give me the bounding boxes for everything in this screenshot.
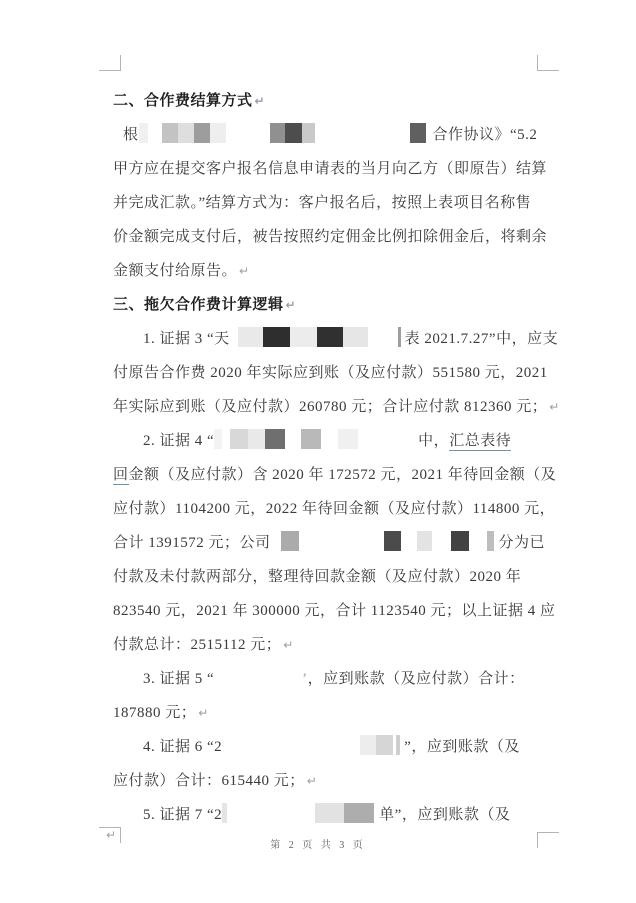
redaction-block <box>410 123 426 143</box>
text-run: 并完成汇款。”结算方式为：客户报名后，按照上表项目名称售 <box>113 195 531 211</box>
spacer <box>432 546 451 547</box>
document-line: 5. 证据 7 “2单”，应到账款（及 <box>113 798 563 832</box>
document-line: 3. 证据 5 “’，应到账款（及应付款）合计： <box>113 662 563 696</box>
document-body: 二、合作费结算方式↵根合作协议》“5.2甲方应在提交客户报名信息申请表的当月向乙… <box>113 84 563 832</box>
redaction-block <box>344 803 374 823</box>
text-run: 1. 证据 3 “天 <box>143 331 230 347</box>
text-run: 年实际应到账（及应付款）260780 元；合计应付款 812360 元； <box>113 399 547 415</box>
spacer <box>285 444 301 445</box>
spacer <box>315 138 410 139</box>
redaction-block <box>360 735 376 755</box>
document-line: 付款总计：2515112 元；↵ <box>113 628 563 662</box>
document-line: 年实际应到账（及应付款）260780 元；合计应付款 812360 元；↵ <box>113 390 563 424</box>
text-run: 应付款）1104200 元，2022 年待回金额（及应付款）114800 元， <box>113 501 555 517</box>
spacer <box>214 682 302 683</box>
redaction-block <box>338 429 358 449</box>
redaction-block <box>248 429 265 449</box>
text-run: 根 <box>123 127 139 143</box>
redaction-block <box>384 531 401 551</box>
document-line: 1. 证据 3 “天表 2021.7.27”中，应支 <box>113 322 563 356</box>
text-run: 中， <box>418 433 449 449</box>
text-run: 3. 证据 5 “ <box>143 671 214 687</box>
redaction-block <box>315 803 344 823</box>
text-run: 合计 1391572 元；公司 <box>113 535 271 551</box>
text-run: 甲方应在提交客户报名信息申请表的当月向乙方（即原告）结算 <box>113 161 547 177</box>
text-run: 2. 证据 4 “ <box>143 433 214 449</box>
paragraph-return-icon: ↵ <box>286 298 297 312</box>
redaction-block <box>285 123 302 143</box>
text-run: 付款及未付款两部分，整理待回款金额（及应付款）2020 年 <box>113 569 521 585</box>
document-line: 回金额（及应付款）含 2020 年 172572 元，2021 年待回金额（及 <box>113 458 563 492</box>
text-run: 付原告合作费 2020 年实际应到账（及应付款）551580 元，2021 <box>113 365 548 381</box>
text-run: 5. 证据 7 “2 <box>143 807 222 823</box>
document-line: 4. 证据 6 “2”，应到账款（及 <box>113 730 563 764</box>
redaction-block <box>281 531 299 551</box>
document-line: 甲方应在提交客户报名信息申请表的当月向乙方（即原告）结算 <box>113 152 563 186</box>
redaction-block <box>417 531 432 551</box>
underlined-text: 回 <box>113 467 129 485</box>
text-run: 应付款）合计：615440 元； <box>113 773 305 789</box>
text-run: ，应到账款（及应付款）合计： <box>308 671 525 687</box>
text-run: 表 2021.7.27”中，应支 <box>405 331 558 347</box>
redaction-block <box>396 735 400 755</box>
document-line: 823540 元，2021 年 300000 元，合计 1123540 元；以上… <box>113 594 563 628</box>
redaction-block <box>301 429 321 449</box>
redaction-block <box>302 123 315 143</box>
redaction-block <box>210 123 226 143</box>
text-run: 二、合作费结算方式 <box>113 93 253 109</box>
text-run: 金额（及应付款）含 2020 年 172572 元，2021 年待回金额（及 <box>129 467 557 483</box>
document-line: 并完成汇款。”结算方式为：客户报名后，按照上表项目名称售 <box>113 186 563 220</box>
document-page: 二、合作费结算方式↵根合作协议》“5.2甲方应在提交客户报名信息申请表的当月向乙… <box>0 0 636 903</box>
document-line: 187880 元；↵ <box>113 696 563 730</box>
text-run: 4. 证据 6 “2 <box>143 739 222 755</box>
spacer <box>226 138 270 139</box>
redaction-block <box>238 327 263 347</box>
document-line: 合计 1391572 元；公司分为已 <box>113 526 563 560</box>
redaction-block <box>487 531 494 551</box>
text-run: 价金额完成支付后，被告按照约定佣金比例扣除佣金后，将剩余 <box>113 229 547 245</box>
redaction-block <box>343 327 368 347</box>
underlined-text: 汇总表待 <box>449 433 511 451</box>
document-line: 根合作协议》“5.2 <box>113 118 563 152</box>
redaction-block <box>139 123 148 143</box>
text-run: 823540 元，2021 年 300000 元，合计 1123540 元；以上… <box>113 603 555 619</box>
section-heading: 三、拖欠合作费计算逻辑↵ <box>113 288 563 322</box>
spacer <box>230 342 238 343</box>
document-line: 价金额完成支付后，被告按照约定佣金比例扣除佣金后，将剩余 <box>113 220 563 254</box>
redaction-block <box>263 327 290 347</box>
spacer <box>227 818 315 819</box>
redaction-block <box>230 429 248 449</box>
document-line: 应付款）合计：615440 元；↵ <box>113 764 563 798</box>
redaction-block <box>451 531 469 551</box>
document-line: 付原告合作费 2020 年实际应到账（及应付款）551580 元，2021 <box>113 356 563 390</box>
text-run: ”，应到账款（及 <box>404 739 520 755</box>
redaction-block <box>398 327 401 347</box>
spacer <box>271 546 281 547</box>
text-run: 187880 元； <box>113 705 196 721</box>
redaction-block <box>270 123 285 143</box>
spacer <box>222 750 360 751</box>
document-line: 应付款）1104200 元，2022 年待回金额（及应付款）114800 元， <box>113 492 563 526</box>
spacer <box>401 546 417 547</box>
text-run: 付款总计：2515112 元； <box>113 637 281 653</box>
paragraph-return-icon: ↵ <box>255 94 266 108</box>
text-run: 金额支付给原告。 <box>113 263 237 279</box>
spacer <box>368 342 398 343</box>
redaction-block <box>376 735 393 755</box>
spacer <box>426 138 433 139</box>
page-number-text: 第 2 页 共 3 页 <box>270 840 366 851</box>
redaction-block <box>162 123 178 143</box>
redaction-block <box>265 429 285 449</box>
text-run: 三、拖欠合作费计算逻辑 <box>113 297 284 313</box>
spacer <box>148 138 162 139</box>
page-footer: 第 2 页 共 3 页 <box>0 836 636 851</box>
paragraph-return-icon: ↵ <box>549 400 560 414</box>
document-line: 付款及未付款两部分，整理待回款金额（及应付款）2020 年 <box>113 560 563 594</box>
redaction-block <box>317 327 343 347</box>
redaction-block <box>290 327 317 347</box>
redaction-block <box>194 123 210 143</box>
text-run: 合作协议》“5.2 <box>433 127 538 143</box>
text-boundary-mark-top-right <box>537 55 559 71</box>
document-line: 金额支付给原告。↵ <box>113 254 563 288</box>
text-boundary-mark-top-left <box>99 55 121 71</box>
redaction-block <box>222 803 227 823</box>
document-line: 2. 证据 4 “中，汇总表待 <box>113 424 563 458</box>
spacer <box>222 444 230 445</box>
paragraph-return-icon: ↵ <box>198 706 209 720</box>
redaction-block <box>214 429 222 449</box>
paragraph-return-icon: ↵ <box>307 774 318 788</box>
spacer <box>321 444 338 445</box>
redaction-block <box>178 123 194 143</box>
section-heading: 二、合作费结算方式↵ <box>113 84 563 118</box>
paragraph-return-icon: ↵ <box>239 264 250 278</box>
spacer <box>469 546 487 547</box>
text-run: 单”，应到账款（及 <box>379 807 510 823</box>
spacer <box>358 444 418 445</box>
spacer <box>299 546 384 547</box>
paragraph-return-icon: ↵ <box>283 638 294 652</box>
text-run: 分为已 <box>499 535 546 551</box>
